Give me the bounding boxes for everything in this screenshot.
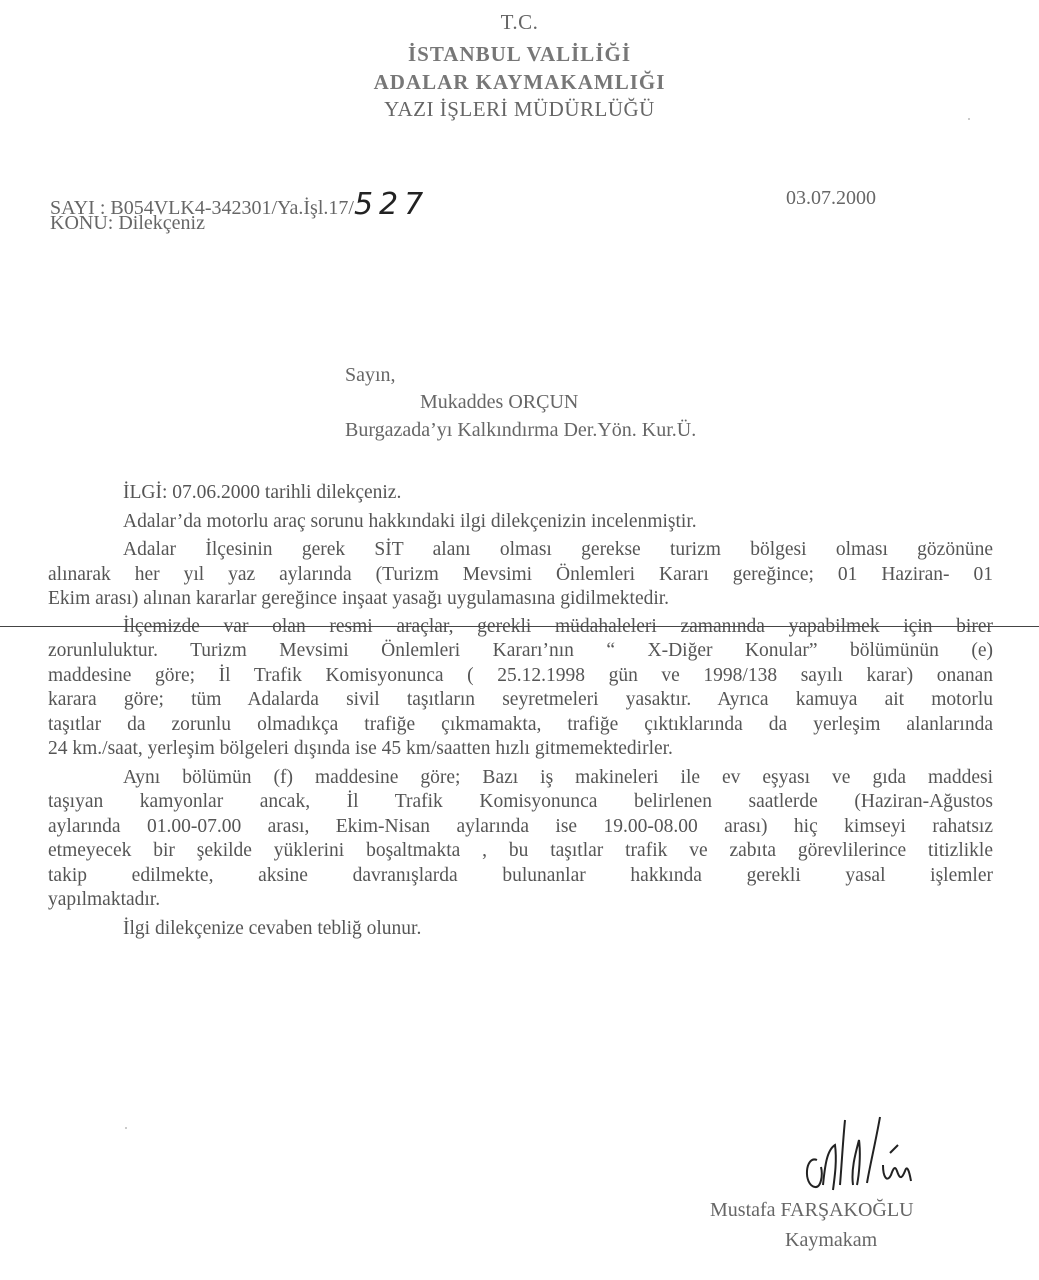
paragraph-3: İlçemizde var olan resmi araçlar, gerekl…	[48, 615, 993, 762]
text-line: takip edilmekte, aksine davranışlarda bu…	[48, 864, 993, 889]
text-line: taşıtlar da zorunlu olmadıkça trafiğe çı…	[48, 713, 993, 738]
text-line: taşıyan kamyonlar ancak, İl Trafik Komis…	[48, 790, 993, 815]
letterhead-tc: T.C.	[0, 10, 1039, 35]
text-line: Ekim arası) alınan kararlar gereğince in…	[48, 587, 993, 612]
closing-line: İlgi dilekçenize cevaben tebliğ olunur.	[48, 917, 993, 942]
text-line: yapılmaktadır.	[48, 888, 993, 913]
struck-line-wrapper: İlçemizde var olan resmi araçlar, gerekl…	[48, 615, 993, 640]
strikethrough-rule	[0, 626, 1039, 628]
letterhead-district: ADALAR KAYMAKAMLIĞI	[0, 70, 1039, 95]
text-line: Aynı bölümün (f) maddesine göre; Bazı iş…	[48, 766, 993, 791]
salutation: Sayın,	[345, 364, 396, 387]
handwritten-number: 527	[354, 187, 429, 222]
subject-line: KONU: Dilekçeniz	[50, 212, 205, 235]
scan-speck	[125, 1127, 127, 1129]
reference-ilgi: İLGİ: 07.06.2000 tarihli dilekçeniz.	[48, 481, 993, 506]
recipient-organization: Burgazada’yı Kalkındırma Der.Yön. Kur.Ü.	[345, 419, 696, 442]
paragraph-2: Adalar İlçesinin gerek SİT alanı olması …	[48, 538, 993, 612]
handwritten-signature	[795, 1115, 965, 1195]
text-line: maddesine göre; İl Trafik Komisyonunca (…	[48, 664, 993, 689]
scan-speck	[968, 118, 970, 120]
signatory-name: Mustafa FARŞAKOĞLU	[710, 1199, 914, 1222]
paragraph-4: Aynı bölümün (f) maddesine göre; Bazı iş…	[48, 766, 993, 913]
paragraph-1: Adalar’da motorlu araç sorunu hakkındaki…	[48, 510, 993, 535]
letterhead-governorship: İSTANBUL VALİLİĞİ	[0, 42, 1039, 67]
text-line: zorunluluktur. Turizm Mevsimi Önlemleri …	[48, 639, 993, 664]
text-line: karara göre; tüm Adalarda sivil taşıtlar…	[48, 688, 993, 713]
text-line: Adalar İlçesinin gerek SİT alanı olması …	[48, 538, 993, 563]
document-date: 03.07.2000	[786, 187, 876, 210]
text-line: alınarak her yıl yaz aylarında (Turizm M…	[48, 563, 993, 588]
text-line: 24 km./saat, yerleşim bölgeleri dışında …	[48, 737, 993, 762]
text-line: aylarında 01.00-07.00 arası, Ekim-Nisan …	[48, 815, 993, 840]
letter-body: İLGİ: 07.06.2000 tarihli dilekçeniz. Ada…	[48, 481, 993, 941]
text-line: etmeyecek bir şekilde yüklerini boşaltma…	[48, 839, 993, 864]
signatory-title: Kaymakam	[785, 1229, 877, 1252]
recipient-name: Mukaddes ORÇUN	[420, 391, 578, 414]
letterhead-department: YAZI İŞLERİ MÜDÜRLÜĞÜ	[0, 97, 1039, 122]
